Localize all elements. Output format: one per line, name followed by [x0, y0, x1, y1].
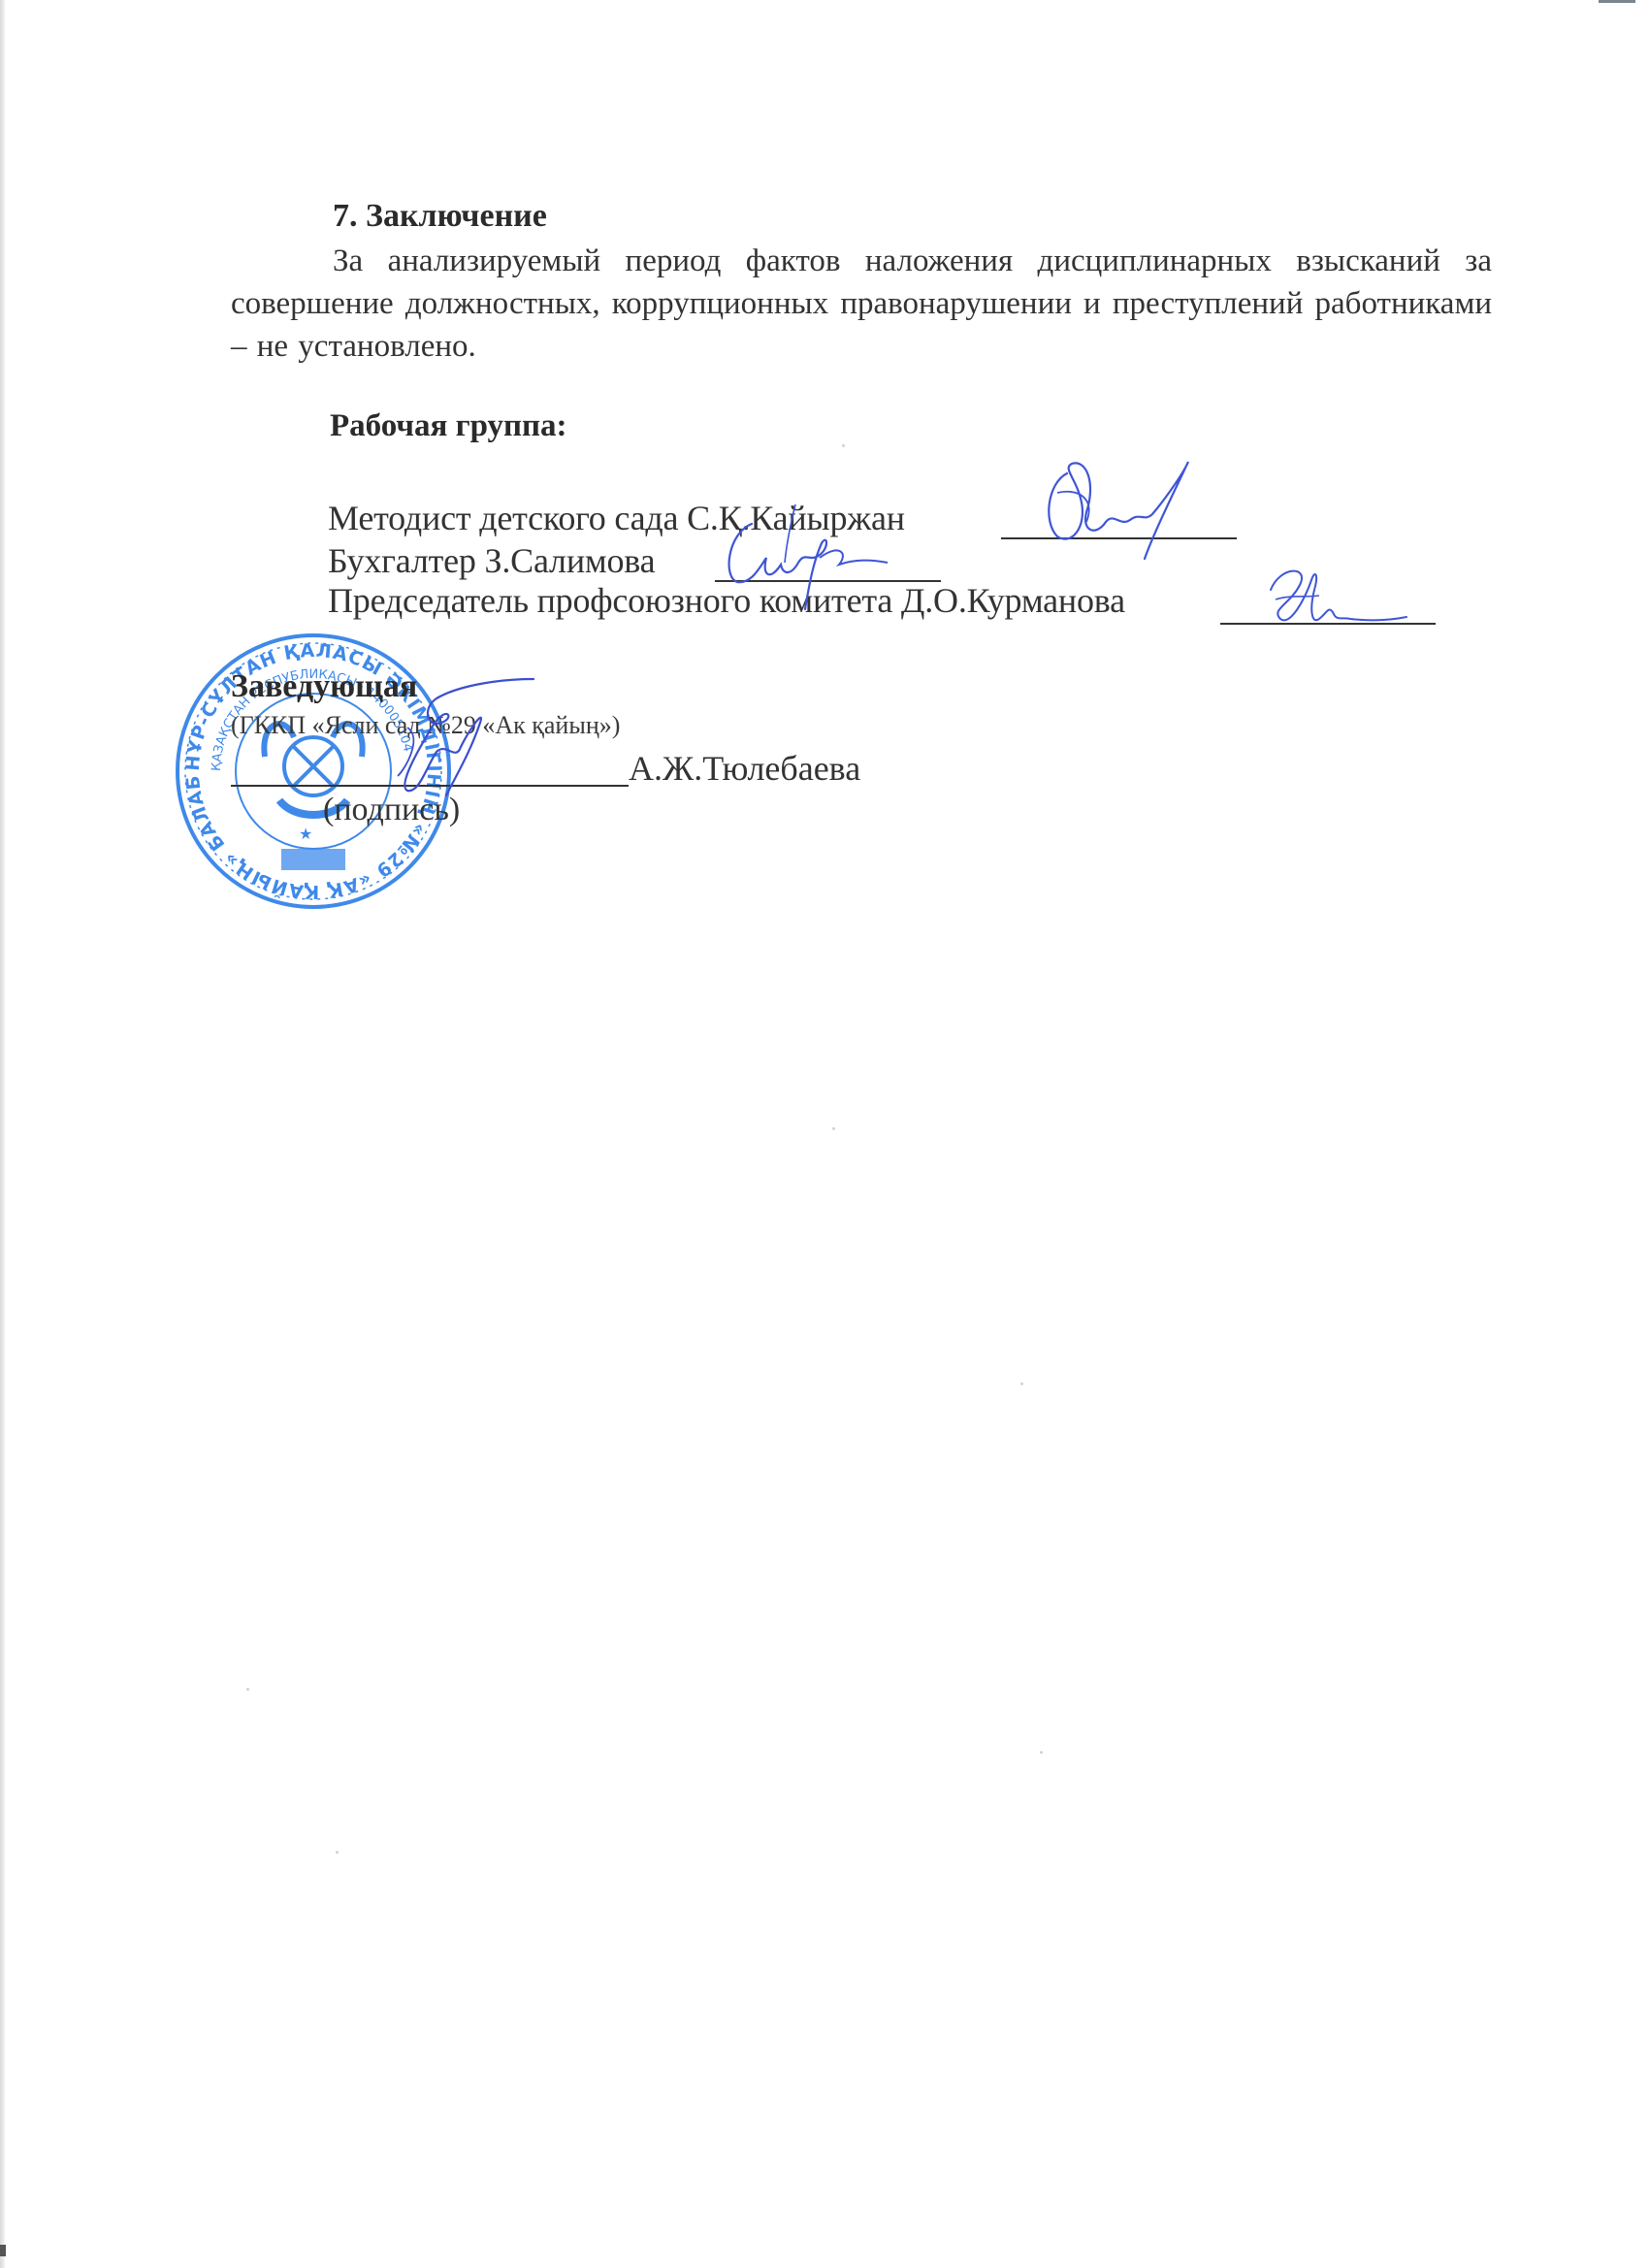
scan-speck — [832, 1127, 835, 1130]
scan-speck — [1040, 1751, 1043, 1754]
scan-artifact — [1599, 0, 1635, 3]
working-group-title: Рабочая группа: — [330, 406, 567, 445]
svg-text:★: ★ — [299, 825, 312, 843]
scan-speck — [336, 1851, 339, 1854]
scan-speck — [842, 444, 845, 447]
member-row-accountant: Бухгалтер З.Салимова — [328, 541, 655, 580]
head-name: А.Ж.Тюлебаева — [629, 749, 860, 788]
section-heading: 7. Заключение — [333, 197, 547, 236]
scan-edge — [0, 0, 5, 2268]
scan-speck — [246, 1688, 249, 1691]
conclusion-paragraph: За анализируемый период фактов наложения… — [231, 240, 1492, 368]
handwritten-signature-icon — [1028, 454, 1212, 561]
handwritten-signature-icon — [349, 669, 543, 815]
handwritten-signature-icon — [1261, 561, 1426, 631]
scan-artifact — [0, 2245, 6, 2256]
scan-speck — [1020, 1382, 1023, 1385]
handwritten-signature-icon — [713, 504, 936, 611]
